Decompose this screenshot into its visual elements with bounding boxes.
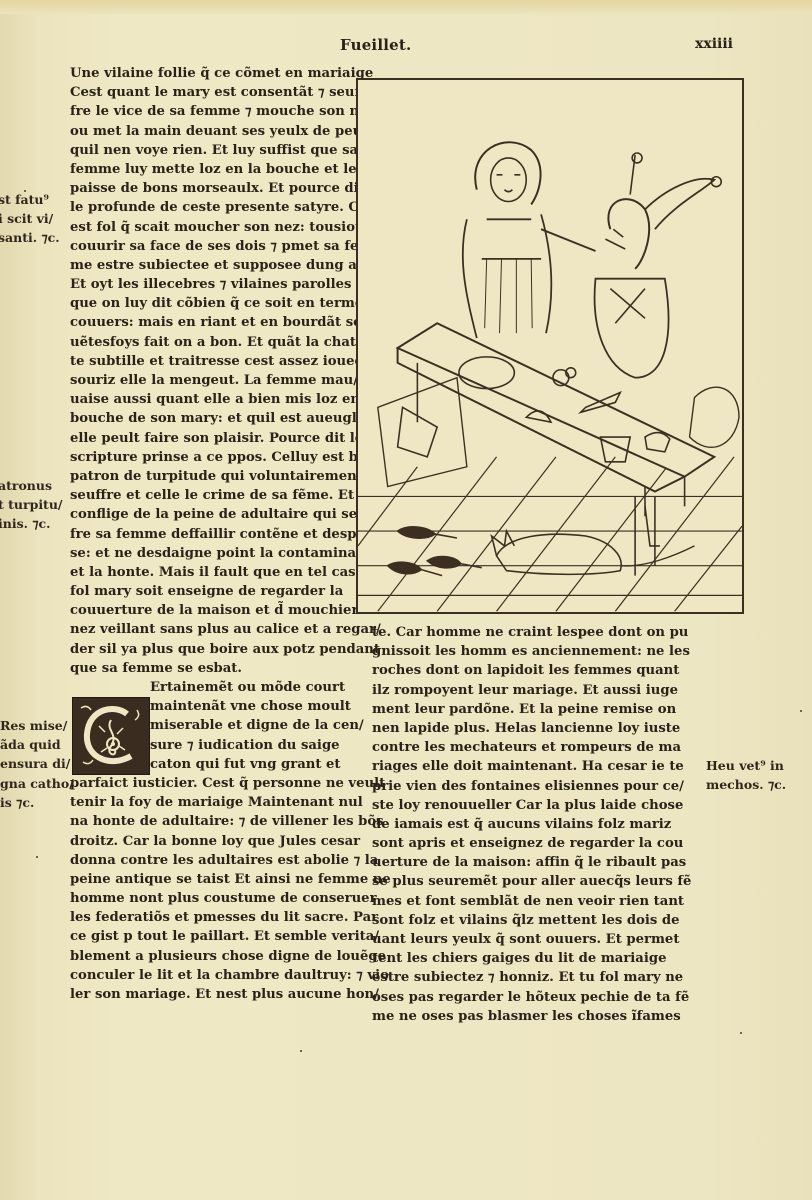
paper-speck bbox=[24, 190, 26, 192]
margin-note-line: Heu vet⁹ in bbox=[706, 756, 786, 775]
margin-note-line: Res mise/ bbox=[0, 716, 74, 735]
text-line: fre le vice de sa femme ⁊ mouche son nez bbox=[70, 102, 345, 121]
text-line: quil nen voye rien. Et luy suffist que s… bbox=[70, 141, 345, 160]
text-line: blement a plusieurs chose digne de louẽg… bbox=[70, 947, 345, 966]
text-line: couuers: mais en riant et en bourdãt sou bbox=[70, 313, 345, 332]
text-line: uant leurs yeulx q̃ sont ouuers. Et perm… bbox=[372, 930, 702, 949]
text-line: Et oyt les illecebres ⁊ vilaines parolle… bbox=[70, 275, 345, 294]
margin-note-line: santi. ⁊c. bbox=[0, 228, 60, 247]
text-line: est fol q̃ scait moucher son nez: tousio… bbox=[70, 218, 345, 237]
text-line: me ne oses pas blasmer les choses ĩfames bbox=[372, 1007, 702, 1026]
text-line: couuerture de la maison et d̃ mouchier s… bbox=[70, 601, 345, 620]
text-line: que on luy dit cõbien q̃ ce soit en term… bbox=[70, 294, 345, 313]
folio-number: xxiiii bbox=[695, 36, 733, 52]
text-line: gnissoit les homm es anciennement: ne le… bbox=[372, 642, 702, 661]
text-line: ilz rompoyent leur mariage. Et aussi iug… bbox=[372, 681, 702, 700]
text-line: Ertainemẽt ou mõde court bbox=[70, 678, 345, 697]
text-line: femme luy mette loz en la bouche et le r… bbox=[70, 160, 345, 179]
text-line: ment leur pardõne. Et la peine remise on bbox=[372, 700, 702, 719]
margin-note-line: i scit vi/ bbox=[0, 209, 60, 228]
right-text-column: te. Car homme ne craint lespee dont on p… bbox=[372, 623, 702, 1026]
paper-speck bbox=[800, 710, 802, 712]
paper-speck bbox=[300, 1050, 302, 1052]
text-line: der sil ya plus que boire aux potz penda… bbox=[70, 640, 345, 659]
text-line: se plus seuremẽt pour aller auecq̃s leur… bbox=[372, 872, 702, 891]
text-line: tenir la foy de mariaige Maintenant nul bbox=[70, 793, 345, 812]
text-line: que sa femme se esbat. bbox=[70, 659, 345, 678]
text-line: elle peult faire son plaisir. Pource dit… bbox=[70, 429, 345, 448]
margin-note: st fatu⁹ i scit vi/ santi. ⁊c. bbox=[0, 190, 60, 248]
text-line: paisse de bons morseaulx. Et pource dit bbox=[70, 179, 345, 198]
decorated-initial-c bbox=[72, 697, 150, 775]
text-line: estre subiectez ⁊ honniz. Et tu fol mary… bbox=[372, 968, 702, 987]
text-line: conculer le lit et la chambre daultruy: … bbox=[70, 966, 345, 985]
text-line: donna contre les adultaires est abolie ⁊… bbox=[70, 851, 345, 870]
text-line: seuffre et celle le crime de sa fẽme. Et… bbox=[70, 486, 345, 505]
paper-speck bbox=[36, 856, 38, 858]
text-line: homme nont plus coustume de conseruer bbox=[70, 889, 345, 908]
text-line: oses pas regarder le hõteux pechie de ta… bbox=[372, 988, 702, 1007]
page-top-edge bbox=[0, 0, 812, 14]
text-line: te. Car homme ne craint lespee dont on p… bbox=[372, 623, 702, 642]
text-line: tent les chiers gaiges du lit de mariaig… bbox=[372, 949, 702, 968]
text-line: te subtille et traitresse cest assez iou… bbox=[70, 352, 345, 371]
margin-note-line: mechos. ⁊c. bbox=[706, 775, 786, 794]
margin-note: Res mise/ ãda quid ensura di/ gna catho/… bbox=[0, 716, 74, 812]
text-line: uẽtesfoys fait on a bon. Et quãt la chat bbox=[70, 333, 345, 352]
text-line: fol mary soit enseigne de regarder la bbox=[70, 582, 345, 601]
text-line: scripture prinse a ce ppos. Celluy est b… bbox=[70, 448, 345, 467]
margin-note-line: gna catho/ bbox=[0, 774, 74, 793]
text-line: de iamais est q̃ aucuns vilains folz mar… bbox=[372, 815, 702, 834]
text-line: ce gist p tout le paillart. Et semble ve… bbox=[70, 927, 345, 946]
text-line: souriz elle la mengeut. La femme mau/ bbox=[70, 371, 345, 390]
text-line: uaise aussi quant elle a bien mis loz en… bbox=[70, 390, 345, 409]
text-line: na honte de adultaire: ⁊ de villener les… bbox=[70, 812, 345, 831]
margin-note-line: t turpitu/ bbox=[0, 495, 63, 514]
text-line: droitz. Car la bonne loy que Jules cesar bbox=[70, 832, 345, 851]
margin-note-line: ensura di/ bbox=[0, 754, 74, 773]
margin-note-line: is ⁊c. bbox=[0, 793, 74, 812]
text-line: conflige de la peine de adultaire qui se… bbox=[70, 505, 345, 524]
running-head: Fueillet. bbox=[340, 36, 411, 54]
text-line: nez veillant sans plus au calice et a re… bbox=[70, 620, 345, 639]
woodcut-scene-icon bbox=[358, 80, 742, 612]
text-line: ou met la main deuant ses yeulx de peur bbox=[70, 122, 345, 141]
text-line: couurir sa face de ses dois ⁊ pmet sa fe… bbox=[70, 237, 345, 256]
text-line: parfaict iusticier. Cest q̃ personne ne … bbox=[70, 774, 345, 793]
margin-note-line: atronus bbox=[0, 476, 63, 495]
text-line: mes et font semblãt de nen veoir rien ta… bbox=[372, 892, 702, 911]
left-text-column: Une vilaine follie q̃ ce cõmet en mariai… bbox=[70, 64, 345, 1004]
margin-note: atronus t turpitu/ inis. ⁊c. bbox=[0, 476, 63, 534]
text-line: Une vilaine follie q̃ ce cõmet en mariai… bbox=[70, 64, 345, 83]
text-line: fre sa femme deffaillir contẽne et despr… bbox=[70, 525, 345, 544]
text-line: peine antique se taist Et ainsi ne femme… bbox=[70, 870, 345, 889]
text-line: les federatiõs et pmesses du lit sacre. … bbox=[70, 908, 345, 927]
text-line: nen lapide plus. Helas lancienne loy ius… bbox=[372, 719, 702, 738]
text-line: roches dont on lapidoit les femmes quant bbox=[372, 661, 702, 680]
floral-initial-icon bbox=[75, 700, 147, 772]
text-line: uerture de la maison: affin q̃ le ribaul… bbox=[372, 853, 702, 872]
text-line: ler son mariage. Et nest plus aucune hon… bbox=[70, 985, 345, 1004]
text-line: prie vien des fontaines elisiennes pour … bbox=[372, 777, 702, 796]
text-line: le profunde de ceste presente satyre. Ce… bbox=[70, 198, 345, 217]
book-page: Fueillet. xxiiii Une vilaine follie q̃ c… bbox=[0, 0, 812, 1200]
text-line: patron de turpitude qui voluntairement bbox=[70, 467, 345, 486]
text-line: me estre subiectee et supposee dung ault… bbox=[70, 256, 345, 275]
text-line: sont apris et enseignez de regarder la c… bbox=[372, 834, 702, 853]
text-line: et la honte. Mais il fault que en tel ca… bbox=[70, 563, 345, 582]
woodcut-illustration bbox=[356, 78, 744, 614]
margin-note-line: inis. ⁊c. bbox=[0, 514, 63, 533]
text-line: contre les mechateurs et rompeurs de ma bbox=[372, 738, 702, 757]
text-line: Cest quant le mary est consentãt ⁊ seuf/ bbox=[70, 83, 345, 102]
margin-note-line: ãda quid bbox=[0, 735, 74, 754]
text-line: riages elle doit maintenant. Ha cesar ie… bbox=[372, 757, 702, 776]
text-line: se: et ne desdaigne point la contaminati… bbox=[70, 544, 345, 563]
margin-note-line: st fatu⁹ bbox=[0, 190, 60, 209]
text-line: bouche de son mary: et quil est aueuglie bbox=[70, 409, 345, 428]
text-line: ste loy renouueller Car la plus laide ch… bbox=[372, 796, 702, 815]
text-line: sont folz et vilains q̃lz mettent les do… bbox=[372, 911, 702, 930]
margin-note: Heu vet⁹ in mechos. ⁊c. bbox=[706, 756, 786, 794]
paper-speck bbox=[740, 1032, 742, 1034]
